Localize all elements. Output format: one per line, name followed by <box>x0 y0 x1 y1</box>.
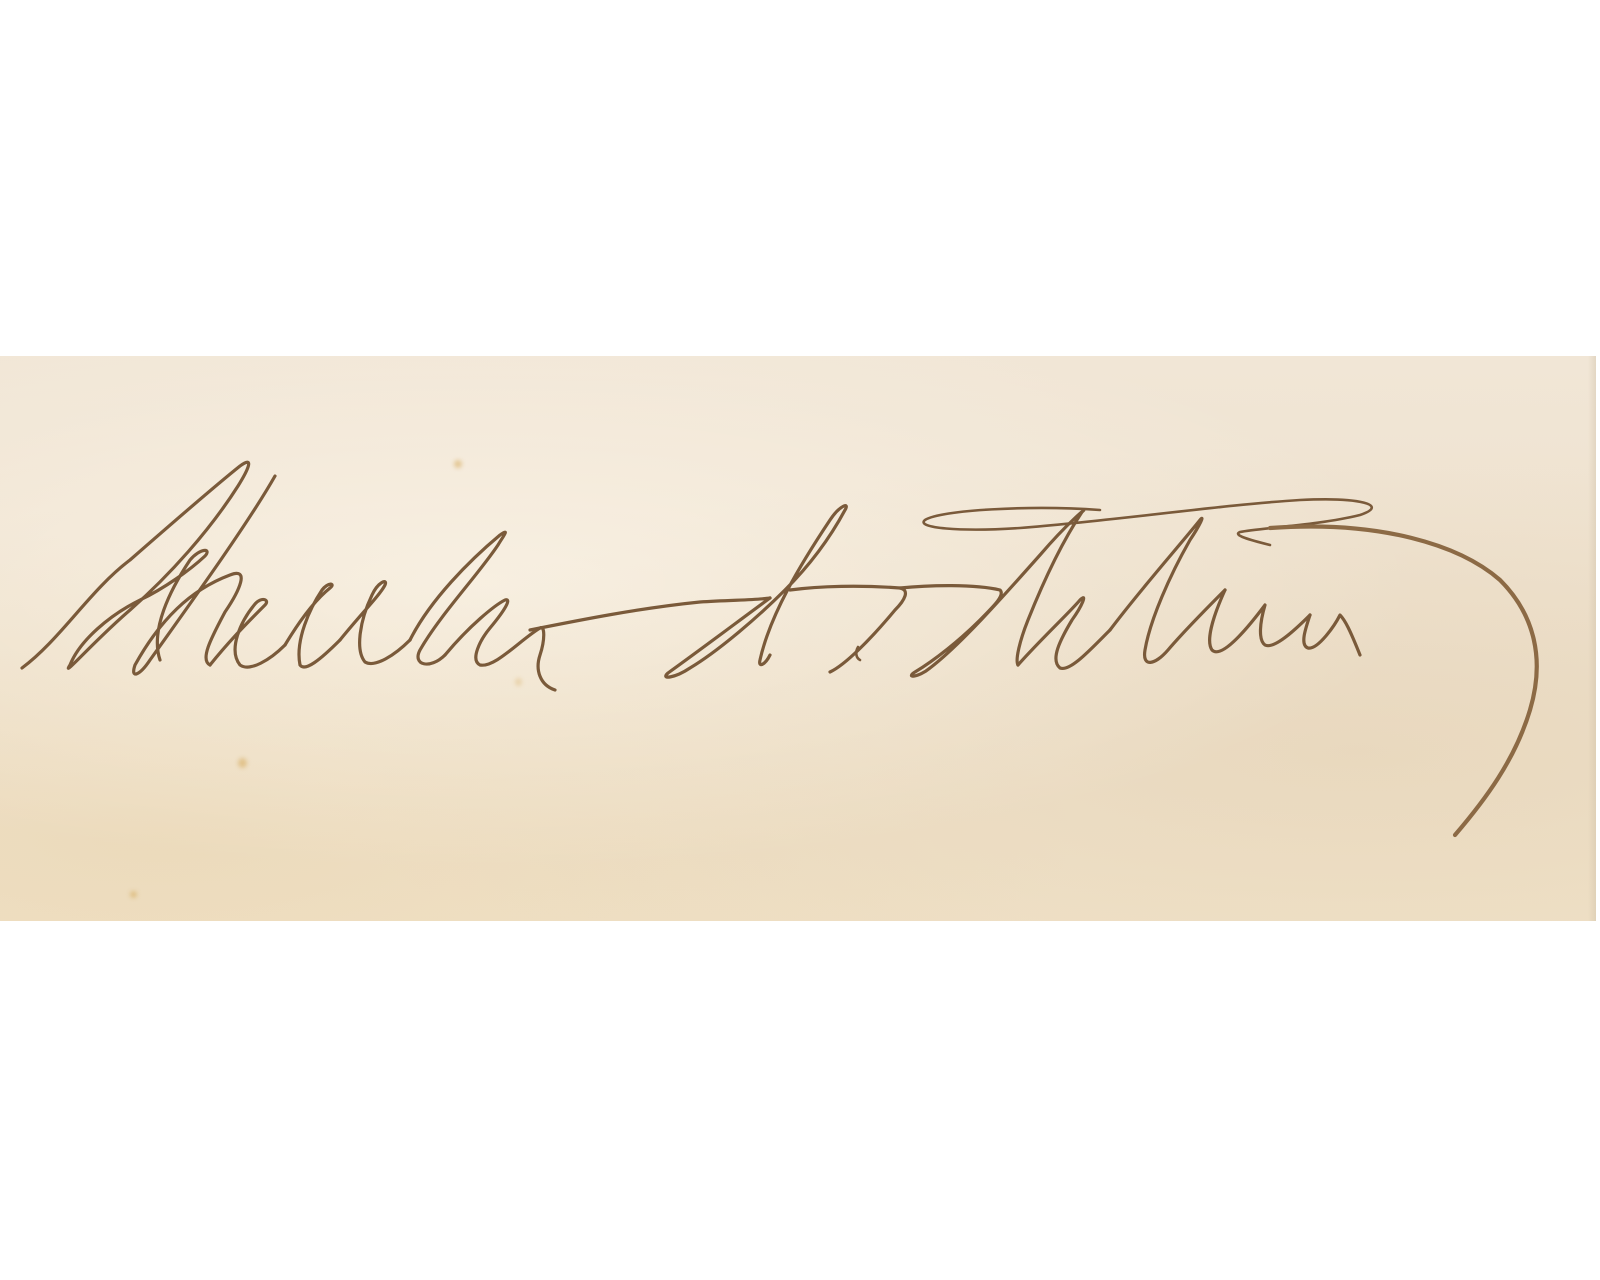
paper-stain <box>515 678 522 686</box>
signature-card: Chester A. Arthur <box>0 356 1596 921</box>
signature-text: Chester A. Arthur <box>0 356 1 357</box>
paper-stain <box>454 460 462 468</box>
paper-stain <box>238 758 247 768</box>
paper-stain <box>130 891 137 898</box>
